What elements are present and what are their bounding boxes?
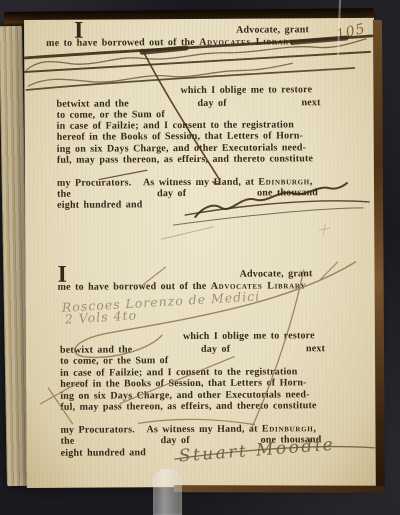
form2-oblige-line: which I oblige me to restore xyxy=(183,330,315,342)
form1-library-name: Advocates Library xyxy=(199,36,295,48)
form1-advocate-grant: Advocate, grant xyxy=(236,24,309,35)
form1-next: next xyxy=(301,97,320,108)
form2-signature: Stuart Moodie xyxy=(178,435,336,467)
form1-body-paragraph: in case of Failzie; and I consent to the… xyxy=(57,119,314,166)
form1-day-of-restore: day of xyxy=(197,98,226,109)
form1-eight-hundred: eight hundred and xyxy=(57,199,142,211)
form2-to-come: to come, or the Sum of xyxy=(60,355,168,367)
page-bottom-worn-edge xyxy=(174,485,385,493)
form2-day-of-date: day of xyxy=(161,435,190,446)
form2-advocate-grant: Advocate, grant xyxy=(240,268,313,279)
form1-procurators: my Procurators. xyxy=(57,177,131,188)
page-holder-strip xyxy=(153,469,182,515)
borrow-form-1: I Advocate, grant me to have borrowed ou… xyxy=(24,18,374,20)
page-right-worn-edge xyxy=(373,20,385,493)
form2-procurators: my Procurators. xyxy=(60,424,134,435)
form1-day-of-date: day of xyxy=(157,188,186,199)
form1-borrowed-line: me to have borrowed out of the Advocates… xyxy=(46,36,295,49)
form2-borrowed-line: me to have borrowed out of the Advocates… xyxy=(58,280,307,293)
register-page: 105 I Advocate, grant me to have borrowe… xyxy=(24,18,377,488)
photograph-of-advocates-library-register: 105 I Advocate, grant me to have borrowe… xyxy=(0,0,400,515)
form1-oblige-line: which I oblige me to restore xyxy=(180,84,312,96)
form1-edinburgh: Edinburgh, xyxy=(258,176,313,187)
form1-one-thousand: one thousand xyxy=(257,187,318,198)
form2-body-paragraph: in case of Failzie; and I consent to the… xyxy=(60,366,317,413)
form2-eight-hundred: eight hundred and xyxy=(61,447,146,459)
form2-next: next xyxy=(306,343,325,354)
form2-book-entry-line2: 2 Vols 4to xyxy=(64,307,137,326)
form2-the: the xyxy=(61,436,75,447)
form2-day-of-restore: day of xyxy=(201,344,230,355)
form1-betwixt: betwixt and the xyxy=(56,98,128,109)
form2-betwixt: betwixt and the xyxy=(60,344,132,355)
form1-the: the xyxy=(57,189,71,200)
form2-edinburgh: Edinburgh, xyxy=(262,423,317,434)
form1-to-come: to come, or the Sum of xyxy=(57,109,165,121)
